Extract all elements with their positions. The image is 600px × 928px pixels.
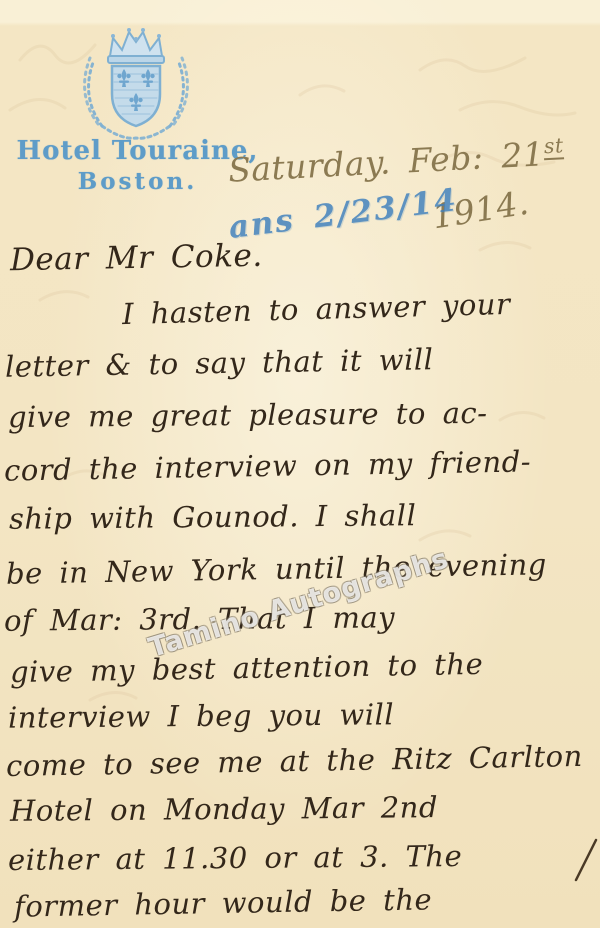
cropped-ink-stroke	[570, 838, 600, 884]
body-line: cord the interview on my friend-	[4, 444, 532, 487]
hotel-city: Boston.	[10, 168, 265, 195]
body-line: former hour would be the	[14, 882, 433, 923]
body-line: of Mar: 3rd. That I may	[4, 600, 395, 637]
date-main: Saturday. Feb: 21	[227, 134, 545, 190]
letter-page: Hotel Touraine, Boston. Saturday. Feb: 2…	[0, 0, 600, 928]
body-line: come to see me at the Ritz Carlton	[6, 739, 583, 783]
hotel-crest-icon	[72, 26, 200, 142]
date-ordinal: st	[543, 133, 564, 160]
body-line: give my best attention to the	[10, 647, 484, 689]
body-line: letter & to say that it will	[5, 342, 434, 383]
body-line: either at 11.30 or at 3. The	[8, 839, 462, 877]
body-line: I hasten to answer your	[122, 287, 511, 331]
body-line: give me great pleasure to ac-	[8, 396, 488, 434]
salutation: Dear Mr Coke.	[10, 238, 263, 278]
date-line: Saturday. Feb: 21st	[227, 133, 565, 190]
body-line: be in New York until the evening	[6, 547, 547, 590]
letterhead: Hotel Touraine, Boston.	[10, 136, 265, 195]
body-line: interview I beg you will	[8, 697, 394, 734]
body-line: ship with Gounod. I shall	[9, 498, 417, 536]
body-line: Hotel on Monday Mar 2nd	[10, 790, 438, 828]
